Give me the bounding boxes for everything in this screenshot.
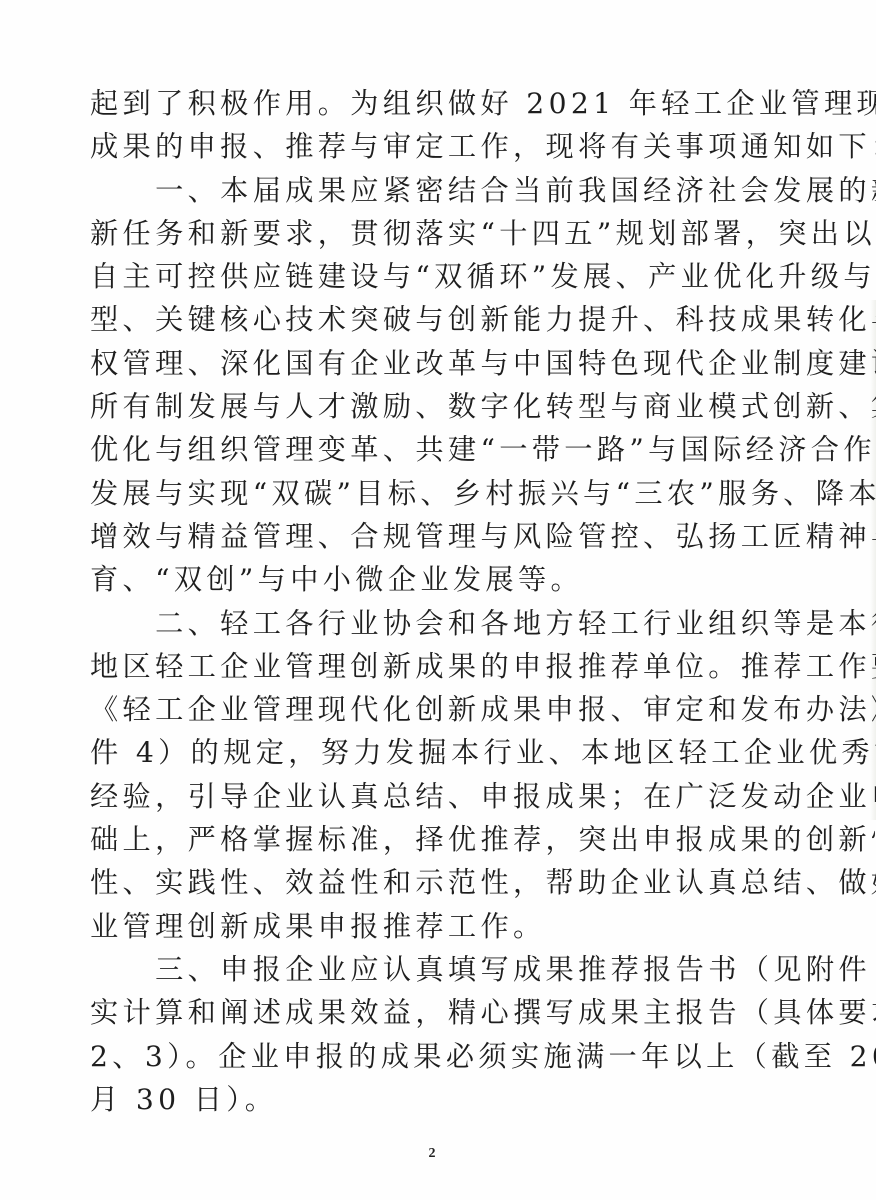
text-line: 发展与实现“双碳”目标、乡村振兴与“三农”服务、降本提质 bbox=[90, 472, 790, 515]
text-line: 础上，严格掌握标准，择优推荐，突出申报成果的创新性、科学 bbox=[90, 818, 790, 861]
body-text: 起到了积极作用。为组织做好 2021 年轻工企业管理现代化创新 成果的申报、推荐… bbox=[90, 82, 790, 1121]
text-line: 增效与精益管理、合规管理与风险管控、弘扬工匠精神与品牌培 bbox=[90, 515, 790, 558]
text-line: 2、3）。企业申报的成果必须实施满一年以上（截至 2021 年 6 bbox=[90, 1035, 790, 1078]
text-line: 权管理、深化国有企业改革与中国特色现代企业制度建设、混合 bbox=[90, 342, 790, 385]
text-line: 《轻工企业管理现代化创新成果申报、审定和发布办法》（见附 bbox=[90, 688, 790, 731]
text-line: 成果的申报、推荐与审定工作，现将有关事项通知如下： bbox=[90, 125, 790, 168]
text-line: 性、实践性、效益性和示范性，帮助企业认真总结、做好相关企 bbox=[90, 861, 790, 904]
text-line: 自主可控供应链建设与“双循环”发展、产业优化升级与战略转 bbox=[90, 255, 790, 298]
text-line: 育、“双创”与中小微企业发展等。 bbox=[90, 558, 790, 601]
text-line: 业管理创新成果申报推荐工作。 bbox=[90, 905, 790, 948]
text-line: 优化与组织管理变革、共建“一带一路”与国际经济合作、绿色 bbox=[90, 428, 790, 471]
text-line: 型、关键核心技术突破与创新能力提升、科技成果转化与知识产 bbox=[90, 298, 790, 341]
text-line: 新任务和新要求，贯彻落实“十四五”规划部署，突出以下重点： bbox=[90, 212, 790, 255]
document-page: 起到了积极作用。为组织做好 2021 年轻工企业管理现代化创新 成果的申报、推荐… bbox=[0, 0, 876, 1200]
text-line: 实计算和阐述成果效益，精心撰写成果主报告（具体要求见附件 bbox=[90, 991, 790, 1034]
section-3-heading-line: 三、申报企业应认真填写成果推荐报告书（见附件 1），如 bbox=[90, 948, 790, 991]
text-line: 地区轻工企业管理创新成果的申报推荐单位。推荐工作要遵照 bbox=[90, 645, 790, 688]
text-line: 件 4）的规定，努力发掘本行业、本地区轻工企业优秀管理创新 bbox=[90, 731, 790, 774]
text-line: 起到了积极作用。为组织做好 2021 年轻工企业管理现代化创新 bbox=[90, 82, 790, 125]
section-2-heading-line: 二、轻工各行业协会和各地方轻工行业组织等是本行业、本 bbox=[90, 602, 790, 645]
section-1-heading-line: 一、本届成果应紧密结合当前我国经济社会发展的新形势、 bbox=[90, 169, 790, 212]
text-line: 月 30 日）。 bbox=[90, 1078, 790, 1121]
text-line: 经验，引导企业认真总结、申报成果；在广泛发动企业申报的基 bbox=[90, 775, 790, 818]
text-line: 所有制发展与人才激励、数字化转型与商业模式创新、集团管控 bbox=[90, 385, 790, 428]
page-number: 2 bbox=[426, 1146, 438, 1162]
